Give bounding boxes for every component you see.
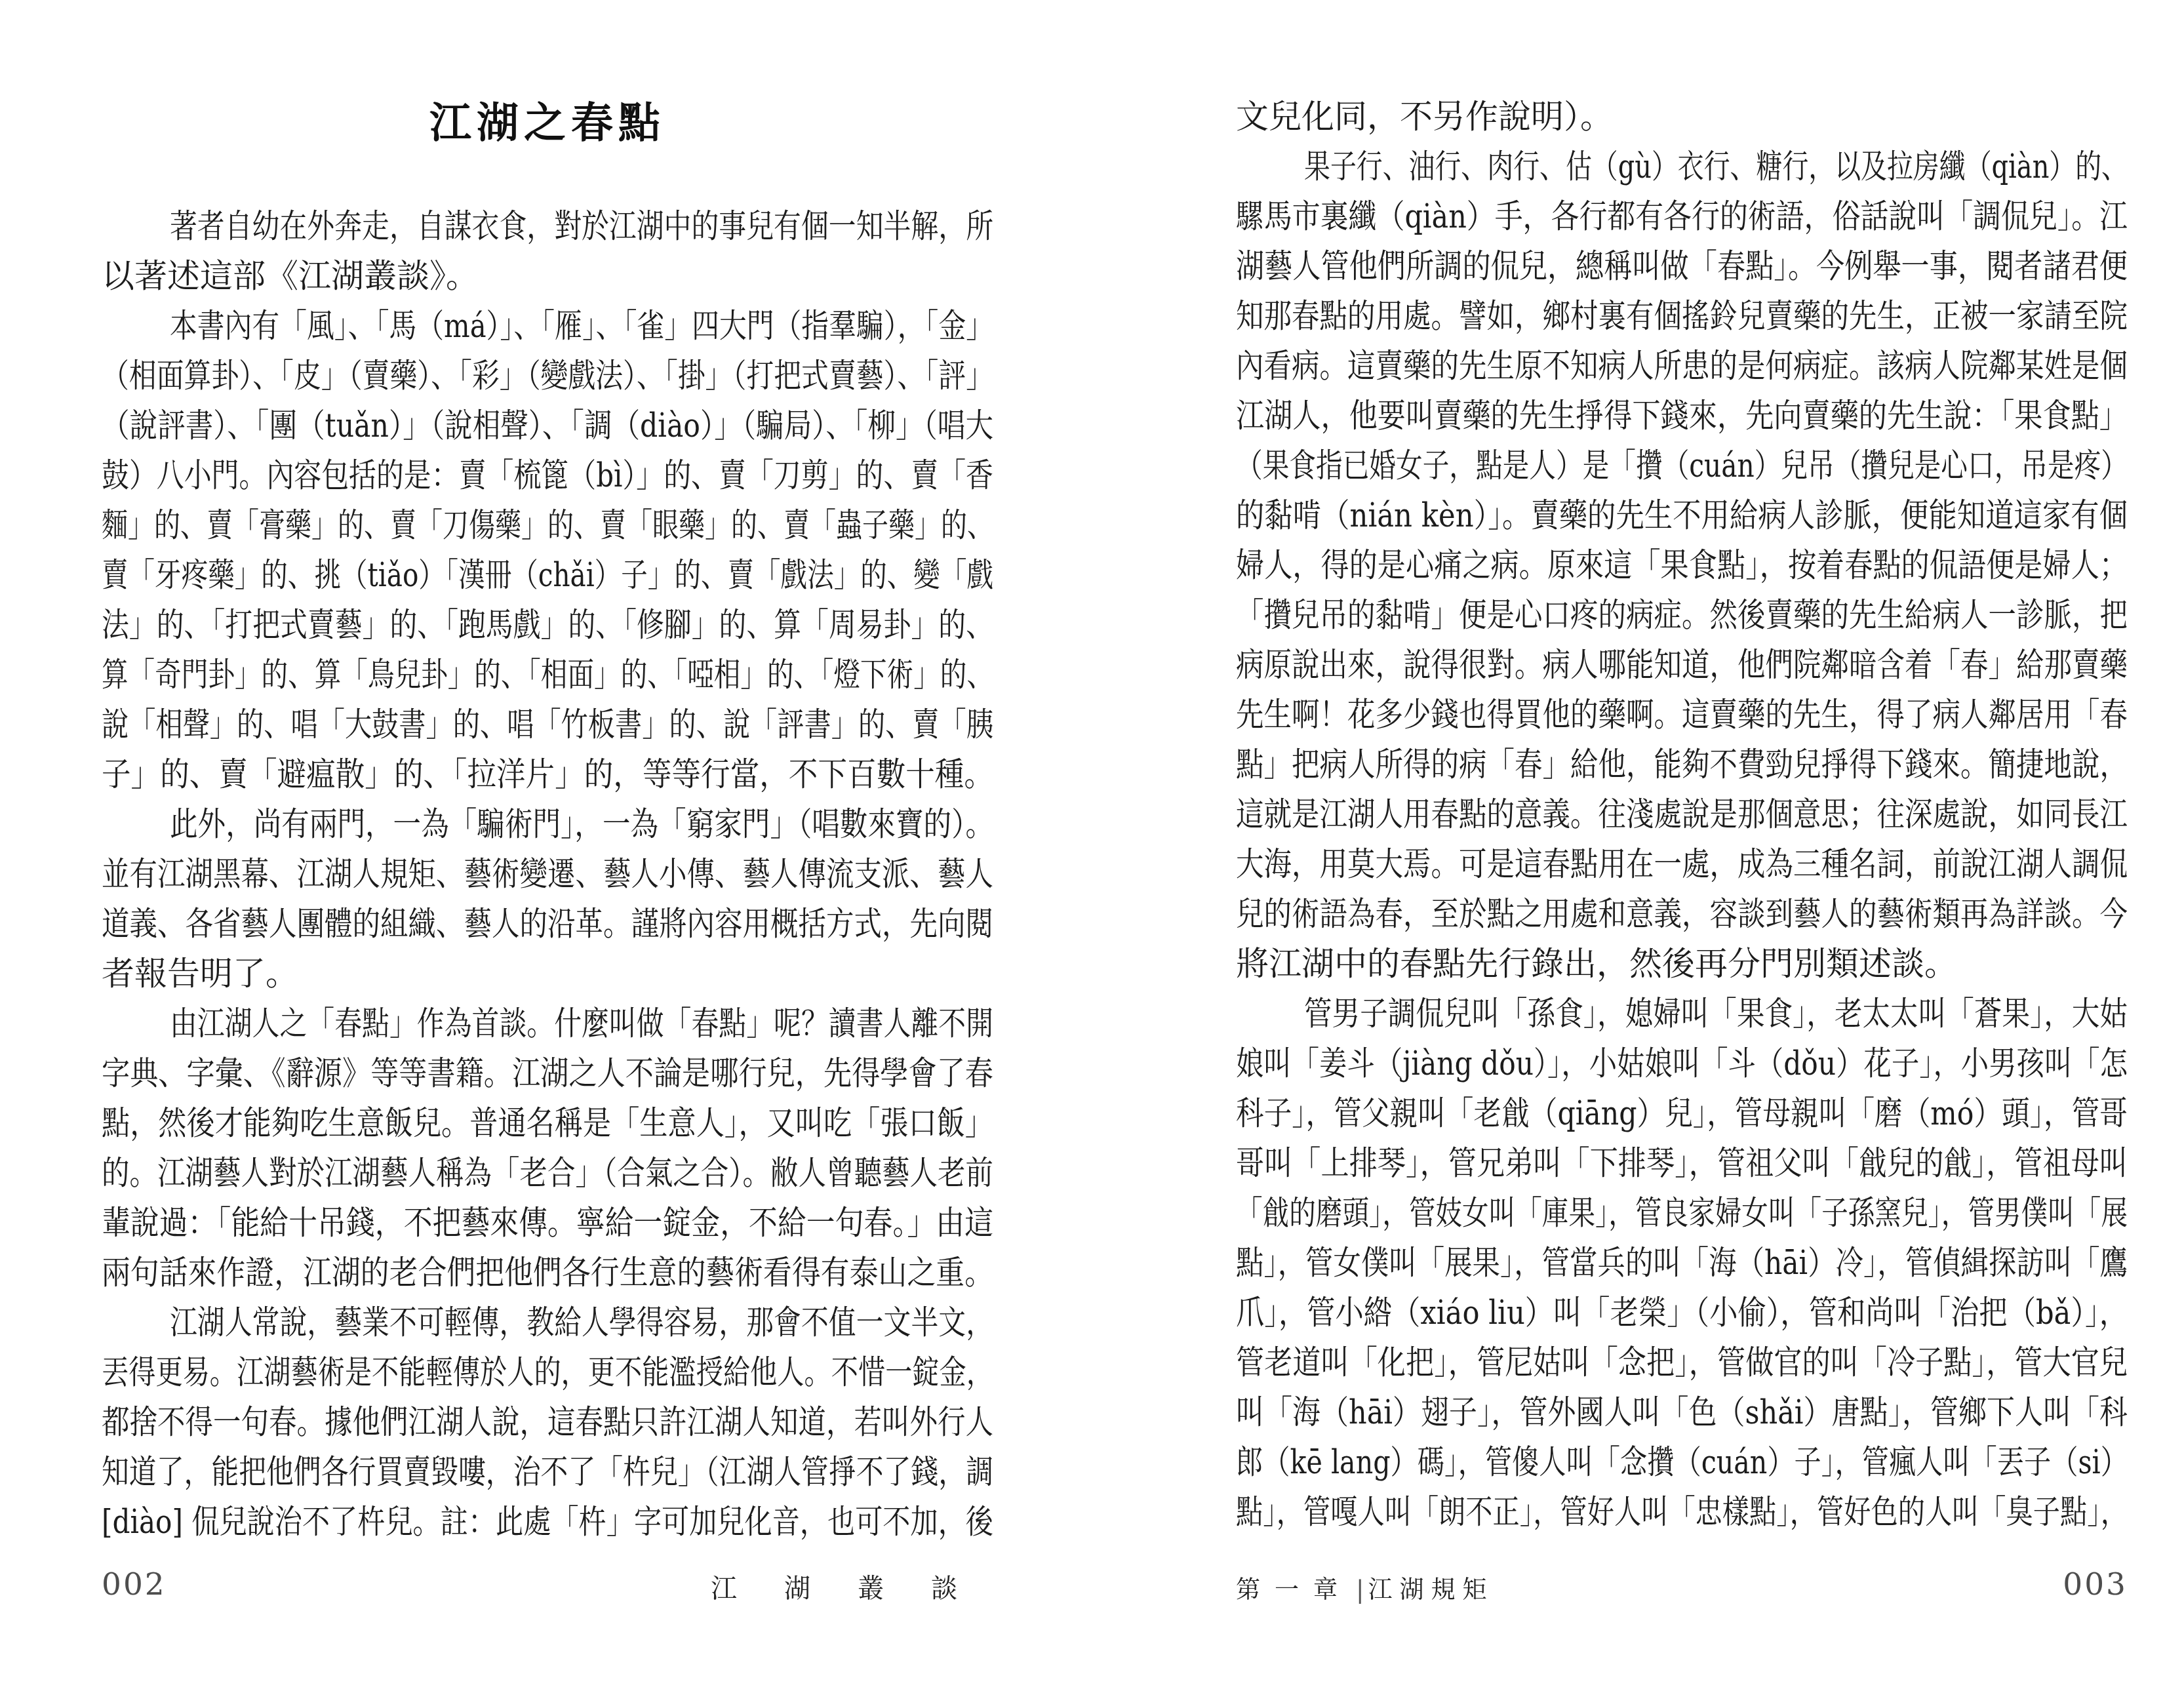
text-line: 管男子調侃兒叫「孫食」，媳婦叫「果食」，老太太叫「蒼果」，大姑 (1236, 989, 2128, 1039)
page-number: 003 (2063, 1562, 2128, 1608)
text-line-content: 叫「海（hāi）翅子」，管外國人叫「色（shǎi）唐點」，管鄉下人叫「科 (1236, 1387, 2128, 1437)
text-line-content: 輩說過：「能給十吊錢，不把藝來傳。寧給一錠金，不給一句春。」由這 (102, 1198, 993, 1248)
text-line-content: 文兒化同，不另作說明）。 (1236, 92, 1613, 142)
text-line: 這就是江湖人用春點的意義。往淺處說是那個意思；往深處說，如同長江 (1236, 789, 2128, 839)
text-line: 本書內有「風」、「馬（má）」、「雁」、「雀」四大門（指羣騙），「金」 (102, 301, 993, 351)
text-line: 科子」，管父親叫「老戧（qiāng）兒」，管母親叫「磨（mó）頭」，管哥 (1236, 1088, 2128, 1138)
text-line-content: 病原說出來，說得很對。病人哪能知道，他們院鄰暗含着「春」給那賣藥 (1236, 640, 2128, 690)
text-line: 並有江湖黑幕、江湖人規矩、藝術變遷、藝人小傳、藝人傳流支派、藝人 (102, 849, 993, 899)
text-line: 兩句話來作證，江湖的老合們把他們各行生意的藝術看得有泰山之重。 (102, 1248, 993, 1298)
text-line: 果子行、油行、肉行、估（gù）衣行、糖行，以及拉房纖（qiàn）的、 (1236, 142, 2128, 191)
text-line-content: （說評書）、「團（tuǎn）」（說相聲）、「調（diào）」（騙局）、「柳」（唱… (102, 401, 993, 450)
text-line-content: 麵」的、賣「膏藥」的、賣「刀傷藥」的、賣「眼藥」的、賣「蟲子藥」的、 (102, 500, 993, 550)
text-line: 兒的術語為春，至於點之用處和意義，容談到藝人的藝術類再為詳談。今 (1236, 889, 2128, 939)
text-line-content: 科子」，管父親叫「老戧（qiāng）兒」，管母親叫「磨（mó）頭」，管哥 (1236, 1088, 2128, 1138)
text-line-content: 「攢兒吊的黏啃」便是心口疼的病症。然後賣藥的先生給病人一診脈，把 (1236, 590, 2128, 640)
text-line-content: 者報告明了。 (102, 949, 298, 999)
text-line: 江湖人，他要叫賣藥的先生掙得下錢來，先向賣藥的先生說：「果食點」 (1236, 391, 2128, 441)
text-line-content: 先生啊！花多少錢也得買他的藥啊。這賣藥的先生，得了病人鄰居用「春 (1236, 690, 2128, 740)
text-line-content: 賣「牙疼藥」的、挑（tiǎo）「漢冊（chǎi）子」的、賣「戲法」的、變「戲 (102, 550, 993, 600)
text-line: 道義、各省藝人團體的組織、藝人的沿革。謹將內容用概括方式，先向閱 (102, 899, 993, 949)
text-line: 哥叫「上排琴」，管兄弟叫「下排琴」，管祖父叫「戧兒的戧」，管祖母叫 (1236, 1138, 2128, 1188)
text-line: 者報告明了。 (102, 949, 993, 999)
text-line: （說評書）、「團（tuǎn）」（說相聲）、「調（diào）」（騙局）、「柳」（唱… (102, 401, 993, 450)
text-line-content: 江湖人常說，藝業不可輕傳，教給人學得容易，那會不值一文半文， (170, 1298, 993, 1347)
text-line-content: 的。江湖藝人對於江湖藝人稱為「老合」（合氣之合）。敝人曾聽藝人老前 (102, 1148, 993, 1198)
text-line: 文兒化同，不另作說明）。 (1236, 92, 2128, 142)
left-page-footer: 002 江湖叢談 (102, 1562, 993, 1608)
text-line: 騾馬市裏纖（qiàn）手，各行都有各行的術語，俗話說叫「調侃兒」。江 (1236, 191, 2128, 241)
text-line: 內看病。這賣藥的先生原不知病人所患的是何病症。該病人院鄰某姓是個 (1236, 341, 2128, 391)
text-line: 都捨不得一句春。據他們江湖人說，這春點只許江湖人知道，若叫外行人 (102, 1397, 993, 1447)
text-line: 先生啊！花多少錢也得買他的藥啊。這賣藥的先生，得了病人鄰居用「春 (1236, 690, 2128, 740)
text-line: 知道了，能把他們各行買賣毀嘍，治不了「杵兒」（江湖人管掙不了錢，調 (102, 1447, 993, 1497)
right-page-body-text: 文兒化同，不另作說明）。果子行、油行、肉行、估（gù）衣行、糖行，以及拉房纖（q… (1236, 92, 2128, 1537)
text-line-content: 爪」，管小綹（xiáo liu）叫「老榮」（小偷），管和尚叫「治把（bǎ）」， (1236, 1288, 2128, 1338)
text-line: 爪」，管小綹（xiáo liu）叫「老榮」（小偷），管和尚叫「治把（bǎ）」， (1236, 1288, 2128, 1338)
text-line-content: 字典、字彙、《辭源》等等書籍。江湖之人不論是哪行兒，先得學會了春 (102, 1048, 993, 1098)
footer-chapter-label: 第一章 (1236, 1576, 1352, 1604)
text-line-content: 管老道叫「化把」，管尼姑叫「念把」，管做官的叫「冷子點」，管大官兒 (1236, 1338, 2128, 1387)
footer-section-label: 江湖規矩 (1368, 1576, 1494, 1604)
text-line-content: 這就是江湖人用春點的意義。往淺處說是那個意思；往深處說，如同長江 (1236, 789, 2128, 839)
text-line-content: （果食指已婚女子，點是人）是「攢（cuán）兒吊（攢兒是心口，吊是疼） (1236, 441, 2128, 490)
text-line: 叫「海（hāi）翅子」，管外國人叫「色（shǎi）唐點」，管鄉下人叫「科 (1236, 1387, 2128, 1437)
running-footer-chapter-line: 第一章|江湖規矩 (1236, 1567, 1494, 1613)
text-line: 點」，管女僕叫「展果」，管當兵的叫「海（hāi）冷」，管偵緝探訪叫「鷹 (1236, 1238, 2128, 1288)
left-page: 江湖之春點 著者自幼在外奔走，自謀衣食，對於江湖中的事兒有個一知半解，所以著述這… (102, 0, 993, 1691)
text-line: 此外，尚有兩門，一為「騙術門」，一為「窮家門」（唱數來寶的）。 (102, 799, 993, 849)
text-line-content: 郎（kē lang）碼」，管傻人叫「念攢（cuán）子」，管瘋人叫「丟子（si） (1236, 1437, 2128, 1487)
text-line: 說「相聲」的、唱「大鼓書」的、唱「竹板書」的、說「評書」的、賣「胰 (102, 700, 993, 749)
text-line: 病原說出來，說得很對。病人哪能知道，他們院鄰暗含着「春」給那賣藥 (1236, 640, 2128, 690)
text-line-content: 知那春點的用處。譬如，鄉村裏有個搖鈴兒賣藥的先生，正被一家請至院 (1236, 291, 2128, 341)
text-line: 點」，管嘎人叫「朗不正」，管好人叫「忠樣點」，管好色的人叫「臭子點」， (1236, 1487, 2128, 1537)
text-line-content: 著者自幼在外奔走，自謀衣食，對於江湖中的事兒有個一知半解，所 (170, 201, 993, 251)
text-line: 著者自幼在外奔走，自謀衣食，對於江湖中的事兒有個一知半解，所 (102, 201, 993, 251)
text-line-content: 以著述這部《江湖叢談》。 (102, 251, 479, 301)
text-line-content: 內看病。這賣藥的先生原不知病人所患的是何病症。該病人院鄰某姓是個 (1236, 341, 2128, 391)
text-line: （果食指已婚女子，點是人）是「攢（cuán）兒吊（攢兒是心口，吊是疼） (1236, 441, 2128, 490)
text-line: 郎（kē lang）碼」，管傻人叫「念攢（cuán）子」，管瘋人叫「丟子（si） (1236, 1437, 2128, 1487)
text-line: 法」的、「打把式賣藝」的、「跑馬戲」的、「修腳」的、算「周易卦」的、 (102, 600, 993, 650)
text-line-content: 兩句話來作證，江湖的老合們把他們各行生意的藝術看得有泰山之重。 (102, 1248, 993, 1298)
left-page-body-text: 著者自幼在外奔走，自謀衣食，對於江湖中的事兒有個一知半解，所以著述這部《江湖叢談… (102, 201, 993, 1547)
text-line-content: [diào] 侃兒說治不了杵兒。註：此處「杵」字可加兒化音，也可不加，後 (102, 1497, 993, 1547)
text-line: 大海，用莫大焉。可是這春點用在一處，成為三種名詞，前說江湖人調侃 (1236, 839, 2128, 889)
text-line-content: 知道了，能把他們各行買賣毀嘍，治不了「杵兒」（江湖人管掙不了錢，調 (102, 1447, 993, 1497)
text-line-content: 子」的、賣「避瘟散」的、「拉洋片」的，等等行當，不下百數十種。 (102, 749, 993, 799)
text-line-content: 點」把病人所得的病「春」給他，能夠不費勁兒掙得下錢來。簡捷地說， (1236, 740, 2128, 789)
text-line: 婦人，得的是心痛之病。原來這「果食點」，按着春點的侃語便是婦人； (1236, 540, 2128, 590)
text-line-content: 的黏啃（nián kèn）」。賣藥的先生不用給病人診脈，便能知道這家有個 (1236, 490, 2128, 540)
text-line-content: 法」的、「打把式賣藝」的、「跑馬戲」的、「修腳」的、算「周易卦」的、 (102, 600, 993, 650)
text-line: 的。江湖藝人對於江湖藝人稱為「老合」（合氣之合）。敝人曾聽藝人老前 (102, 1148, 993, 1198)
page-number: 002 (102, 1562, 167, 1608)
text-line-content: 點」，管女僕叫「展果」，管當兵的叫「海（hāi）冷」，管偵緝探訪叫「鷹 (1236, 1238, 2128, 1288)
text-line-content: 此外，尚有兩門，一為「騙術門」，一為「窮家門」（唱數來寶的）。 (170, 799, 993, 849)
text-line-content: 江湖人，他要叫賣藥的先生掙得下錢來，先向賣藥的先生說：「果食點」 (1236, 391, 2128, 441)
text-line-content: （相面算卦）、「皮」（賣藥）、「彩」（變戲法）、「掛」（打把式賣藝）、「評」 (102, 351, 993, 401)
text-line: 由江湖人之「春點」作為首談。什麼叫做「春點」呢？讀書人離不開 (102, 999, 993, 1048)
text-line: 輩說過：「能給十吊錢，不把藝來傳。寧給一錠金，不給一句春。」由這 (102, 1198, 993, 1248)
text-line: 賣「牙疼藥」的、挑（tiǎo）「漢冊（chǎi）子」的、賣「戲法」的、變「戲 (102, 550, 993, 600)
text-line-content: 「戧的磨頭」，管妓女叫「庫果」，管良家婦女叫「子孫窯兒」，管男僕叫「展 (1236, 1188, 2128, 1238)
running-footer-book-title: 江湖叢談 (711, 1566, 1004, 1612)
text-line: 江湖人常說，藝業不可輕傳，教給人學得容易，那會不值一文半文， (102, 1298, 993, 1347)
text-line: 點」把病人所得的病「春」給他，能夠不費勁兒掙得下錢來。簡捷地說， (1236, 740, 2128, 789)
text-line: [diào] 侃兒說治不了杵兒。註：此處「杵」字可加兒化音，也可不加，後 (102, 1497, 993, 1547)
text-line-content: 道義、各省藝人團體的組織、藝人的沿革。謹將內容用概括方式，先向閱 (102, 899, 993, 949)
text-line: 子」的、賣「避瘟散」的、「拉洋片」的，等等行當，不下百數十種。 (102, 749, 993, 799)
text-line: 的黏啃（nián kèn）」。賣藥的先生不用給病人診脈，便能知道這家有個 (1236, 490, 2128, 540)
text-line-content: 哥叫「上排琴」，管兄弟叫「下排琴」，管祖父叫「戧兒的戧」，管祖母叫 (1236, 1138, 2128, 1188)
text-line: 管老道叫「化把」，管尼姑叫「念把」，管做官的叫「冷子點」，管大官兒 (1236, 1338, 2128, 1387)
text-line-content: 管男子調侃兒叫「孫食」，媳婦叫「果食」，老太太叫「蒼果」，大姑 (1304, 989, 2128, 1039)
text-line: 以著述這部《江湖叢談》。 (102, 251, 993, 301)
text-line-content: 果子行、油行、肉行、估（gù）衣行、糖行，以及拉房纖（qiàn）的、 (1304, 142, 2128, 191)
text-line: （相面算卦）、「皮」（賣藥）、「彩」（變戲法）、「掛」（打把式賣藝）、「評」 (102, 351, 993, 401)
text-line-content: 由江湖人之「春點」作為首談。什麼叫做「春點」呢？讀書人離不開 (170, 999, 993, 1048)
text-line-content: 點」，管嘎人叫「朗不正」，管好人叫「忠樣點」，管好色的人叫「臭子點」， (1236, 1487, 2128, 1537)
text-line-content: 將江湖中的春點先行錄出，然後再分門別類述談。 (1236, 939, 1957, 989)
text-line: 湖藝人管他們所調的侃兒，總稱叫做「春點」。今例舉一事，閱者諸君便 (1236, 241, 2128, 291)
text-line-content: 並有江湖黑幕、江湖人規矩、藝術變遷、藝人小傳、藝人傳流支派、藝人 (102, 849, 993, 899)
footer-divider: | (1356, 1576, 1364, 1604)
text-line-content: 騾馬市裏纖（qiàn）手，各行都有各行的術語，俗話說叫「調侃兒」。江 (1236, 191, 2128, 241)
right-page: 文兒化同，不另作說明）。果子行、油行、肉行、估（gù）衣行、糖行，以及拉房纖（q… (1236, 0, 2128, 1691)
text-line: 知那春點的用處。譬如，鄉村裏有個搖鈴兒賣藥的先生，正被一家請至院 (1236, 291, 2128, 341)
text-line-content: 算「奇門卦」的、算「鳥兒卦」的、「相面」的、「啞相」的、「燈下術」的、 (102, 650, 993, 700)
text-line: 算「奇門卦」的、算「鳥兒卦」的、「相面」的、「啞相」的、「燈下術」的、 (102, 650, 993, 700)
text-line-content: 鼓）八小門。內容包括的是：賣「梳篦（bì）」的、賣「刀剪」的、賣「香 (102, 450, 993, 500)
text-line-content: 婦人，得的是心痛之病。原來這「果食點」，按着春點的侃語便是婦人； (1236, 540, 2128, 590)
text-line-content: 湖藝人管他們所調的侃兒，總稱叫做「春點」。今例舉一事，閱者諸君便 (1236, 241, 2128, 291)
text-line-content: 本書內有「風」、「馬（má）」、「雁」、「雀」四大門（指羣騙），「金」 (170, 301, 993, 351)
text-line: 點，然後才能夠吃生意飯兒。普通名稱是「生意人」，又叫吃「張口飯」 (102, 1098, 993, 1148)
text-line-content: 丟得更易。江湖藝術是不能輕傳於人的，更不能濫授給他人。不惜一錠金， (102, 1347, 993, 1397)
text-line-content: 娘叫「姜斗（jiàng dǒu）」，小姑娘叫「斗（dǒu）花子」，小男孩叫「怎 (1236, 1039, 2128, 1088)
text-line: 字典、字彙、《辭源》等等書籍。江湖之人不論是哪行兒，先得學會了春 (102, 1048, 993, 1098)
text-line: 丟得更易。江湖藝術是不能輕傳於人的，更不能濫授給他人。不惜一錠金， (102, 1347, 993, 1397)
right-page-footer: 第一章|江湖規矩 003 (1236, 1562, 2128, 1608)
text-line-content: 點，然後才能夠吃生意飯兒。普通名稱是「生意人」，又叫吃「張口飯」 (102, 1098, 993, 1148)
text-line-content: 說「相聲」的、唱「大鼓書」的、唱「竹板書」的、說「評書」的、賣「胰 (102, 700, 993, 749)
text-line-content: 兒的術語為春，至於點之用處和意義，容談到藝人的藝術類再為詳談。今 (1236, 889, 2128, 939)
chapter-title: 江湖之春點 (102, 89, 993, 149)
text-line: 麵」的、賣「膏藥」的、賣「刀傷藥」的、賣「眼藥」的、賣「蟲子藥」的、 (102, 500, 993, 550)
text-line-content: 都捨不得一句春。據他們江湖人說，這春點只許江湖人知道，若叫外行人 (102, 1397, 993, 1447)
text-line: 娘叫「姜斗（jiàng dǒu）」，小姑娘叫「斗（dǒu）花子」，小男孩叫「怎 (1236, 1039, 2128, 1088)
text-line-content: 大海，用莫大焉。可是這春點用在一處，成為三種名詞，前說江湖人調侃 (1236, 839, 2128, 889)
text-line: 將江湖中的春點先行錄出，然後再分門別類述談。 (1236, 939, 2128, 989)
text-line: 「攢兒吊的黏啃」便是心口疼的病症。然後賣藥的先生給病人一診脈，把 (1236, 590, 2128, 640)
text-line: 鼓）八小門。內容包括的是：賣「梳篦（bì）」的、賣「刀剪」的、賣「香 (102, 450, 993, 500)
text-line: 「戧的磨頭」，管妓女叫「庫果」，管良家婦女叫「子孫窯兒」，管男僕叫「展 (1236, 1188, 2128, 1238)
book-spread: { "colors": { "page_bg": "#ffffff", "tex… (0, 0, 2184, 1691)
